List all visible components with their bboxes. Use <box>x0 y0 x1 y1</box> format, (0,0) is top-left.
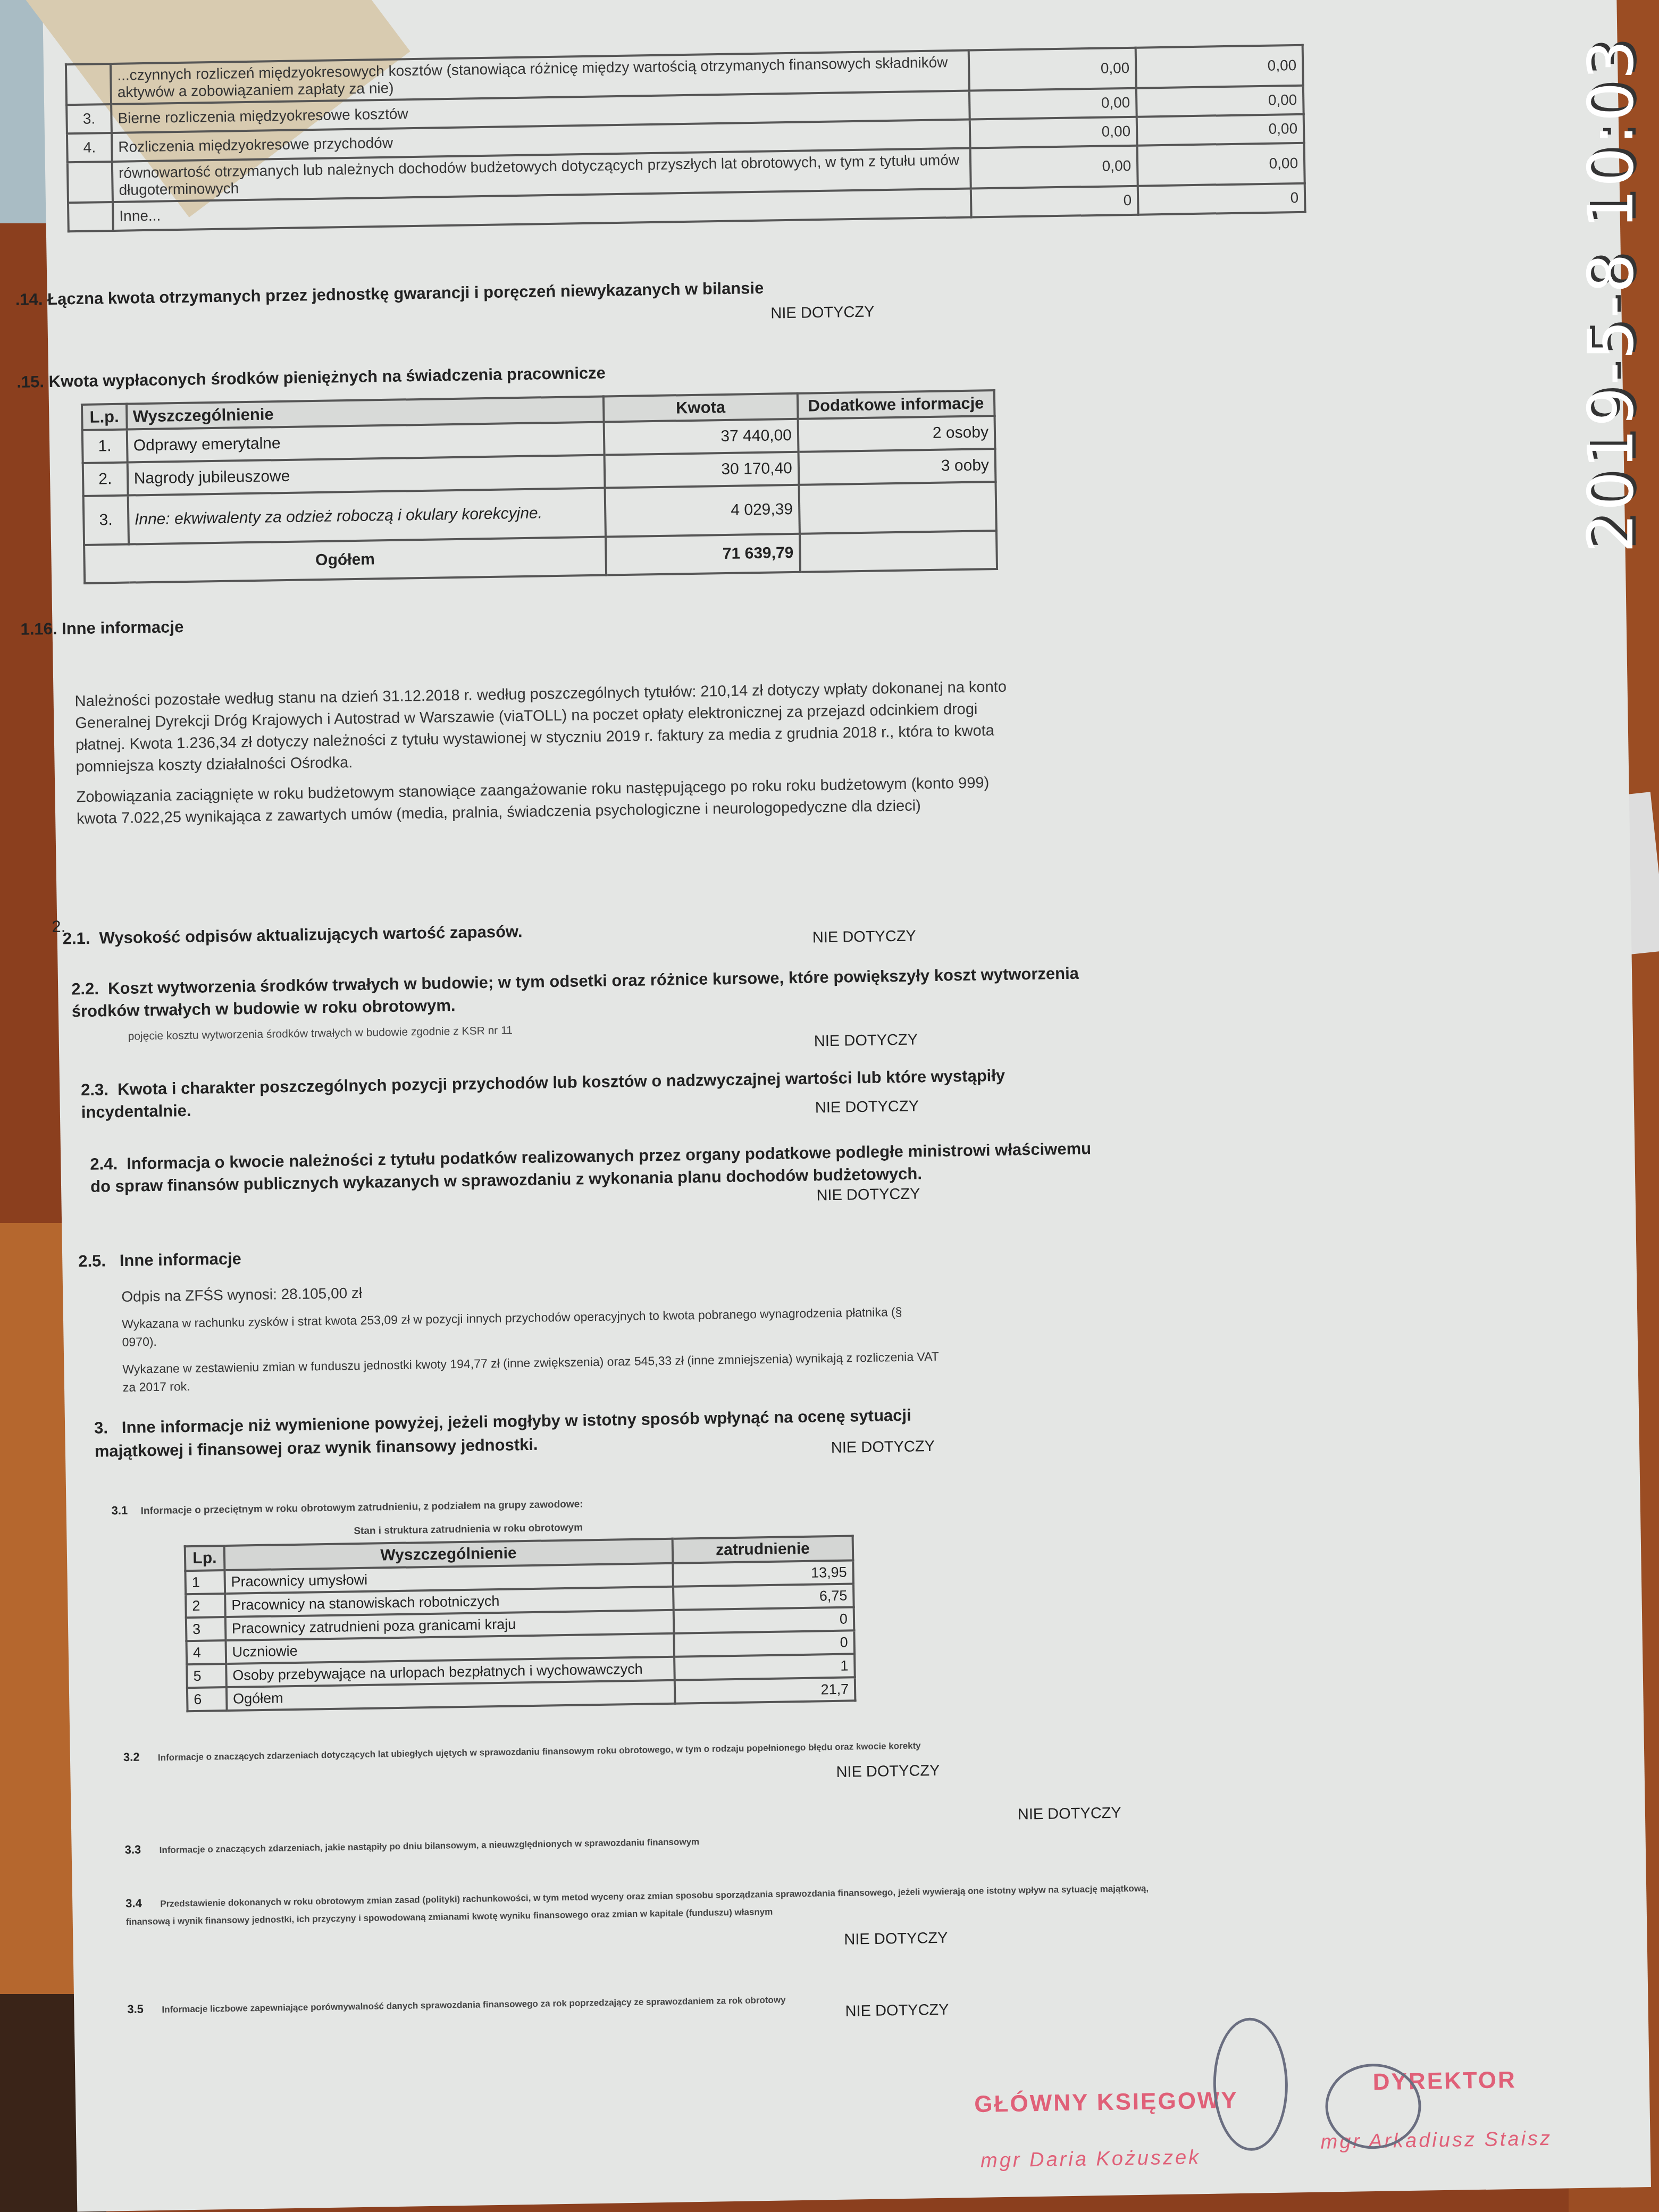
status-not-applicable: NIE DOTYCZY <box>815 1097 919 1117</box>
camera-timestamp: 2019-5-8 10:03 <box>1574 38 1647 553</box>
section-number: .14. <box>15 290 43 309</box>
col-amount: Kwota <box>604 393 798 422</box>
document-page: ...czynnych rozliczeń międzyokresowych k… <box>43 0 1651 2211</box>
row-value-1: 0,00 <box>970 146 1138 189</box>
row-value-1: 0,00 <box>969 88 1137 120</box>
section-title: Informacje o znaczących zdarzeniach doty… <box>158 1740 921 1763</box>
row-lp: 2 <box>186 1594 225 1618</box>
receivables-paragraph: Należności pozostałe według stanu na dzi… <box>74 676 1022 778</box>
section-title: Kwota wypłaconych środków pieniężnych na… <box>48 363 606 390</box>
section-title: Łączna kwota otrzymanych przez jednostkę… <box>47 279 764 308</box>
row-lp: 3 <box>186 1617 225 1641</box>
row-lp: 4 <box>187 1640 226 1664</box>
section-number: 3.2 <box>123 1750 140 1764</box>
row-lp: 5 <box>187 1664 226 1688</box>
row-value-2: 0 <box>1138 183 1305 215</box>
employee-benefits-table: L.p. Wyszczególnienie Kwota Dodatkowe in… <box>81 389 998 584</box>
col-lp: L.p. <box>82 404 127 430</box>
chief-accountant-signature <box>1212 2017 1289 2151</box>
row-value-1: 0,00 <box>970 117 1137 148</box>
section-title: Informacje o znaczących zdarzeniach, jak… <box>160 1837 700 1855</box>
section-title: Przedstawienie dokonanych w roku obrotow… <box>126 1883 1149 1927</box>
status-not-applicable: NIE DOTYCZY <box>814 1031 918 1050</box>
row-value-2: 0,00 <box>1137 114 1304 146</box>
row-value: 6,75 <box>673 1583 854 1610</box>
status-not-applicable: NIE DOTYCZY <box>812 927 916 946</box>
section-title: Informacja o kwocie należności z tytułu … <box>90 1139 1092 1196</box>
payer-fee-paragraph: Wykazana w rachunku zysków i strat kwota… <box>122 1302 931 1351</box>
employment-table: Lp. Wyszczególnienie zatrudnienie 1Praco… <box>184 1535 857 1712</box>
row-amount: 37 440,00 <box>604 419 799 455</box>
section-2-1-heading: 2.1. Wysokość odpisów aktualizujących wa… <box>62 912 1073 950</box>
row-value-2: 0,00 <box>1137 143 1305 186</box>
employment-table-caption: Stan i struktura zatrudnienia w roku obr… <box>354 1522 583 1537</box>
section-title: Koszt wytworzenia środków trwałych w bud… <box>72 964 1079 1021</box>
chief-accountant-stamp-title: GŁÓWNY KSIĘGOWY <box>974 2087 1238 2118</box>
row-value-1: 0,00 <box>969 48 1136 91</box>
section-title: Informacje liczbowe zapewniające porówny… <box>162 1995 785 2015</box>
section-1-15-heading: .15. Kwota wypłaconych środków pieniężny… <box>16 363 606 391</box>
row-value-2: 0,00 <box>1136 86 1304 117</box>
row-name: Inne: ekwiwalenty za odzież roboczą i ok… <box>128 488 606 544</box>
section-number: 2.4. <box>90 1154 118 1174</box>
row-value: 13,95 <box>673 1560 853 1586</box>
section-title: Inne informacje <box>120 1249 242 1270</box>
section-title: Informacje o przeciętnym w roku obrotowy… <box>141 1498 583 1516</box>
row-value: 21,7 <box>675 1677 856 1703</box>
section-3-2: 3.2 Informacje o znaczących zdarzeniach … <box>123 1735 963 1766</box>
section-number: 3. <box>94 1418 108 1437</box>
section-number: 2.1. <box>62 929 90 948</box>
vat-paragraph: Wykazane w zestawieniu zmian w funduszu … <box>122 1347 952 1396</box>
section-2-2-heading: 2.2. Koszt wytworzenia środków trwałych … <box>71 962 1082 1023</box>
section-3-heading: 3. Inne informacje niż wymienione powyże… <box>94 1403 924 1463</box>
section-number: .15. <box>16 372 44 391</box>
status-not-applicable: NIE DOTYCZY <box>816 1185 920 1204</box>
total-info <box>800 531 997 572</box>
row-amount: 30 170,40 <box>604 452 799 488</box>
section-number: 3.4 <box>125 1897 142 1910</box>
row-lp <box>68 162 113 203</box>
section-number: 3.3 <box>124 1843 141 1856</box>
section-number: 2.5. <box>78 1251 106 1270</box>
row-lp: 4. <box>67 133 112 162</box>
row-lp <box>68 202 113 231</box>
section-2-3-heading: 2.3. Kwota i charakter poszczególnych po… <box>81 1063 1092 1124</box>
section-1-14-heading: .14. Łączna kwota otrzymanych przez jedn… <box>15 279 764 309</box>
row-lp: 6 <box>187 1687 227 1711</box>
status-not-applicable: NIE DOTYCZY <box>770 304 874 323</box>
row-lp <box>66 64 111 105</box>
row-lp: 3. <box>83 496 129 545</box>
row-value-1: 0 <box>971 186 1138 217</box>
row-value-2: 0,00 <box>1136 45 1303 88</box>
row-value: 1 <box>674 1654 855 1680</box>
section-3-3: 3.3 Informacje o znaczących zdarzeniach,… <box>124 1825 975 1858</box>
section-3-4: 3.4 Przedstawienie dokonanych w roku obr… <box>125 1878 1189 1930</box>
row-lp: 2. <box>83 463 128 496</box>
status-not-applicable: NIE DOTYCZY <box>845 2001 949 2021</box>
col-lp: Lp. <box>185 1546 225 1571</box>
section-number: 2.2. <box>71 979 99 999</box>
section-number: 2.3. <box>81 1080 108 1099</box>
accruals-table: ...czynnych rozliczeń międzyokresowych k… <box>65 44 1306 233</box>
status-not-applicable: NIE DOTYCZY <box>836 1762 940 1781</box>
row-lp: 1 <box>185 1570 224 1594</box>
total-amount: 71 639,79 <box>606 534 800 575</box>
section-title: Wysokość odpisów aktualizujących wartość… <box>99 922 522 947</box>
section-2-5-heading: 2.5. Inne informacje <box>78 1249 241 1271</box>
chief-accountant-stamp-name: mgr Daria Kożuszek <box>981 2146 1201 2172</box>
row-value: 0 <box>674 1630 854 1656</box>
liabilities-paragraph: Zobowiązania zaciągnięte w roku budżetow… <box>76 772 1023 830</box>
section-title: Inne informacje <box>62 617 184 638</box>
section-number: 3.1 <box>111 1504 128 1517</box>
status-not-applicable: NIE DOTYCZY <box>1018 1805 1121 1824</box>
status-not-applicable: NIE DOTYCZY <box>844 1930 948 1949</box>
col-info: Dodatkowe informacje <box>798 390 995 419</box>
status-not-applicable: NIE DOTYCZY <box>831 1438 935 1457</box>
section-note: pojęcie kosztu wytworzenia środków trwał… <box>128 1024 513 1043</box>
col-value: zatrudnienie <box>673 1536 853 1563</box>
section-number: 3.5 <box>127 2002 144 2015</box>
total-label: Ogółem <box>84 537 606 583</box>
section-1-16-heading: 1.16. Inne informacje <box>20 617 183 639</box>
row-lp: 1. <box>82 430 128 463</box>
row-info <box>799 482 996 534</box>
row-value: 0 <box>674 1607 854 1633</box>
section-3-1-heading: 3.1 Informacje o przeciętnym w roku obro… <box>111 1496 583 1518</box>
section-2-4-heading: 2.4. Informacja o kwocie należności z ty… <box>90 1137 1101 1198</box>
row-lp: 3. <box>66 104 112 133</box>
section-title: Inne informacje niż wymienione powyżej, … <box>95 1406 911 1461</box>
row-info: 2 osoby <box>798 416 995 452</box>
row-amount: 4 029,39 <box>605 485 799 537</box>
section-number: 1.16. <box>20 619 57 639</box>
row-info: 3 ooby <box>798 449 995 485</box>
